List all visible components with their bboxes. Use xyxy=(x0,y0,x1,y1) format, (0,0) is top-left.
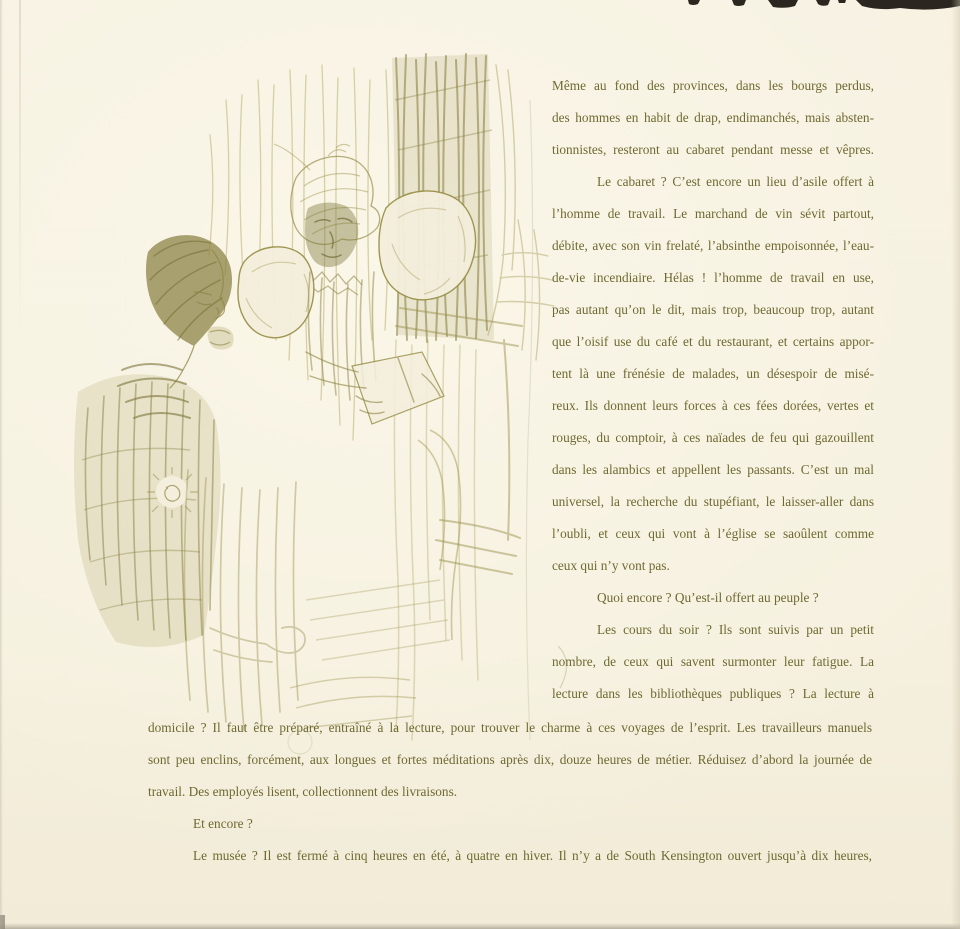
woman-left-bodice xyxy=(74,364,221,647)
text-line: ceux qui n’y vont pas. xyxy=(552,550,874,582)
text-line: de-vie incendiaire. Hélas ! l’homme de t… xyxy=(552,262,874,294)
text-line: débite, avec son vin frelaté, l’absinthe… xyxy=(552,230,874,262)
text-line: Et encore ? xyxy=(148,808,872,840)
hands-and-letter xyxy=(306,352,444,424)
paper-crease xyxy=(19,0,21,340)
text-line: lecture dans les bibliothèques publiques… xyxy=(552,678,874,710)
text-line: Le cabaret ? C’est encore un lieu d’asil… xyxy=(552,166,874,198)
text-line: travail. Des employés lisent, collection… xyxy=(148,776,872,808)
text-line: Même au fond des provinces, dans les bou… xyxy=(552,70,874,102)
text-line: que l’oisif use du café et du restaurant… xyxy=(552,326,874,358)
text-line: Le musée ? Il est fermé à cinq heures en… xyxy=(148,840,872,872)
text-line: l’oubli, et ceux qui vont à l’église se … xyxy=(552,518,874,550)
text-line: Les cours du soir ? Ils sont suivis par … xyxy=(552,614,874,646)
right-column: Même au fond des provinces, dans les bou… xyxy=(552,70,874,710)
chair-curve xyxy=(418,430,461,640)
text-line: domicile ? Il faut être préparé, entraîn… xyxy=(148,712,872,744)
right-edge-shading xyxy=(951,0,960,929)
text-line: universel, la recherche du stupéfiant, l… xyxy=(552,486,874,518)
text-line: reux. Ils donnent leurs forces à ces fée… xyxy=(552,390,874,422)
text-line: tent là une frénésie de malades, un dése… xyxy=(552,358,874,390)
curtain-fold xyxy=(488,65,554,360)
text-line: nombre, de ceux qui savent surmonter leu… xyxy=(552,646,874,678)
full-column: domicile ? Il faut être préparé, entraîn… xyxy=(148,712,872,872)
text-line: Quoi encore ? Qu’est-il offert au peuple… xyxy=(552,582,874,614)
text-line: l’homme de travail. Le marchand de vin s… xyxy=(552,198,874,230)
text-line: des hommes en habit de drap, endimanchés… xyxy=(552,102,874,134)
text-line: pas autant qu’on le dit, mais trop, beau… xyxy=(552,294,874,326)
text-line: rouges, du comptoir, à ces naïades de fe… xyxy=(552,422,874,454)
text-line: sont peu enclins, forcément, aux longues… xyxy=(148,744,872,776)
puffed-sleeve-left xyxy=(238,247,314,338)
lithograph-illustration xyxy=(60,40,580,770)
bottom-page-edge xyxy=(0,923,960,929)
text-line: dans les alambics et appellent les passa… xyxy=(552,454,874,486)
left-edge-shading xyxy=(0,0,3,929)
cropped-ink-marks xyxy=(0,0,960,12)
page: Même au fond des provinces, dans les bou… xyxy=(0,0,960,929)
text-line: tionnistes, resteront au cabaret pendant… xyxy=(552,134,874,166)
